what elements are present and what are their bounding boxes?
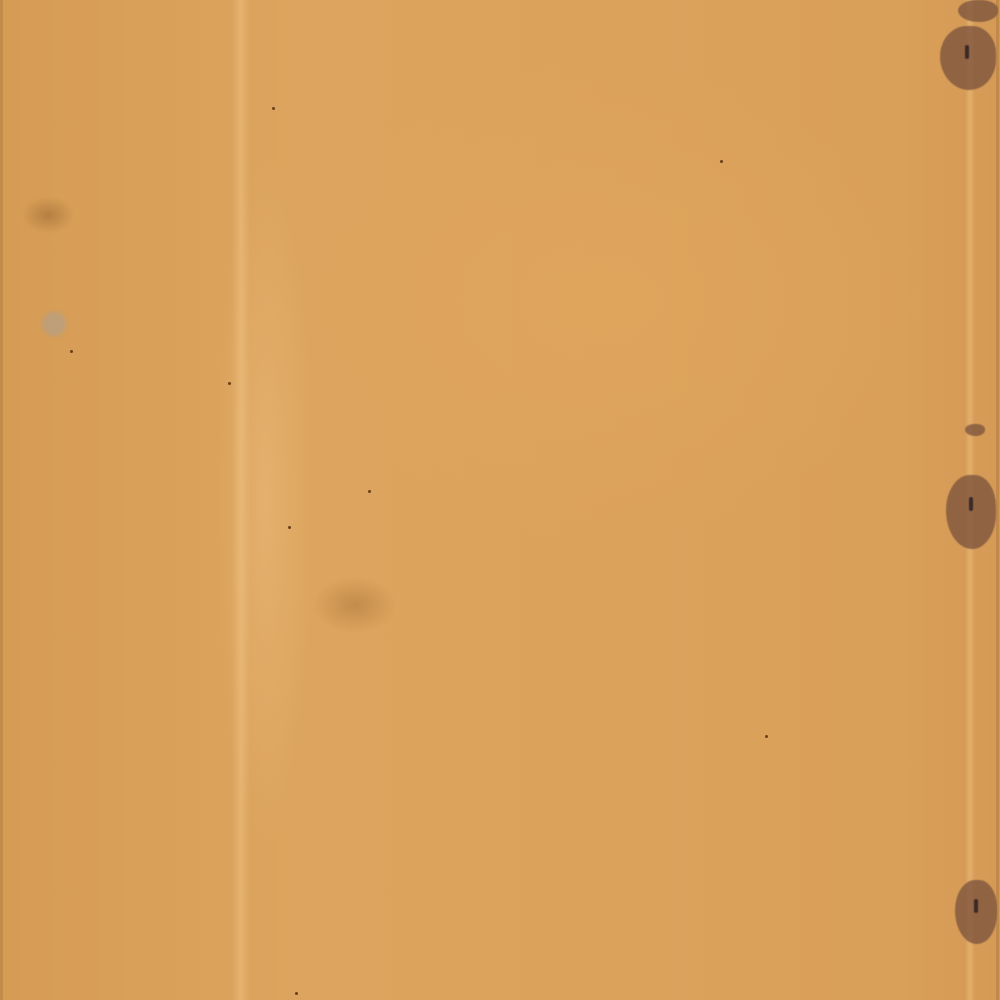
- speck: [70, 350, 73, 353]
- staple-hole-icon: [969, 497, 973, 511]
- speck: [272, 107, 275, 110]
- grey-spot: [42, 312, 66, 336]
- speck: [368, 490, 371, 493]
- small-stain: [965, 424, 985, 436]
- staple-hole-icon: [974, 899, 978, 913]
- speck: [228, 382, 231, 385]
- rust-stain-top: [958, 0, 998, 22]
- rust-stain-staple-2: [946, 475, 996, 549]
- speck: [765, 735, 768, 738]
- paper-cover: [0, 0, 1000, 1000]
- staple-hole-icon: [965, 45, 969, 59]
- speck: [720, 160, 723, 163]
- right-edge: [996, 0, 999, 1000]
- speck: [288, 526, 291, 529]
- speck: [295, 992, 298, 995]
- left-edge: [0, 0, 3, 1000]
- rust-stain-staple-1: [940, 26, 996, 90]
- paper-crease: [232, 0, 250, 1000]
- rust-stain-staple-3: [955, 880, 997, 944]
